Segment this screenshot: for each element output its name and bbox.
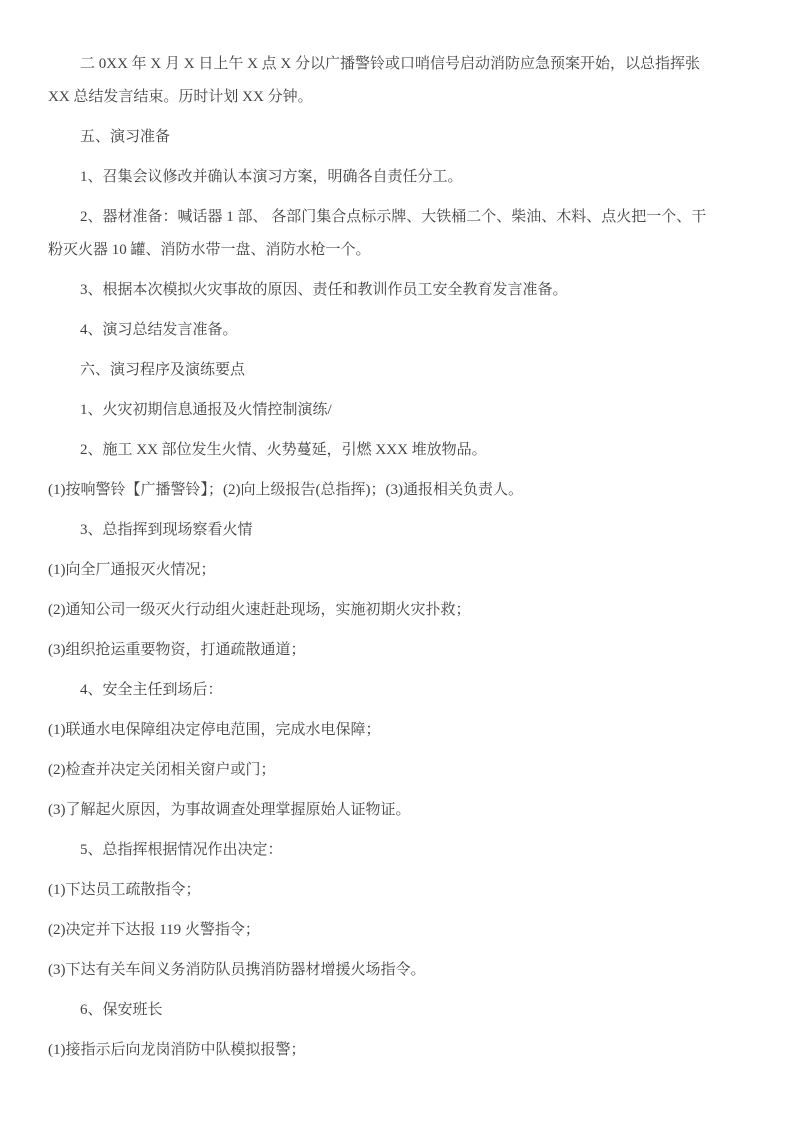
paragraph: (2)检查并决定关闭相关窗户或门； <box>48 754 747 787</box>
paragraph: (1)下达员工疏散指令； <box>48 874 747 907</box>
paragraph: 6、保安班长 <box>48 994 747 1027</box>
paragraph: 2、器材准备：喊话器 1 部、 各部门集合点标示牌、大铁桶二个、柴油、木料、点火… <box>48 201 747 267</box>
paragraph: (3)了解起火原因，为事故调查处理掌握原始人证物证。 <box>48 794 747 827</box>
paragraph: 六、演习程序及演练要点 <box>48 354 747 387</box>
paragraph: (2)通知公司一级灭火行动组火速赶赴现场，实施初期火灾扑救； <box>48 594 747 627</box>
paragraph: (1)接指示后向龙岗消防中队模拟报警； <box>48 1034 747 1067</box>
paragraph: (1)向全厂通报灭火情况； <box>48 554 747 587</box>
paragraph: 5、总指挥根据情况作出决定： <box>48 834 747 867</box>
paragraph: 2、施工 XX 部位发生火情、火势蔓延，引燃 XXX 堆放物品。 <box>48 434 747 467</box>
paragraph: (1)联通水电保障组决定停电范围，完成水电保障； <box>48 714 747 747</box>
paragraph: 1、召集会议修改并确认本演习方案，明确各自责任分工。 <box>48 161 747 194</box>
document-body: 二 0XX 年 X 月 X 日上午 X 点 X 分以广播警铃或口哨信号启动消防应… <box>0 0 793 1067</box>
paragraph: (1)按响警铃【广播警铃】；(2)向上级报告(总指挥)；(3)通报相关负责人。 <box>48 474 747 507</box>
paragraph: (3)下达有关车间义务消防队员携消防器材增援火场指令。 <box>48 954 747 987</box>
paragraph: 五、演习准备 <box>48 121 747 154</box>
paragraph: 1、火灾初期信息通报及火情控制演练/ <box>48 394 747 427</box>
paragraph: 二 0XX 年 X 月 X 日上午 X 点 X 分以广播警铃或口哨信号启动消防应… <box>48 48 747 114</box>
paragraph: (3)组织抢运重要物资，打通疏散通道； <box>48 634 747 667</box>
paragraph: 3、总指挥到现场察看火情 <box>48 514 747 547</box>
document-page: 二 0XX 年 X 月 X 日上午 X 点 X 分以广播警铃或口哨信号启动消防应… <box>0 0 793 1122</box>
paragraph: (2)决定并下达报 119 火警指令； <box>48 914 747 947</box>
paragraph: 4、安全主任到场后： <box>48 674 747 707</box>
paragraph: 4、演习总结发言准备。 <box>48 314 747 347</box>
paragraph: 3、根据本次模拟火灾事故的原因、责任和教训作员工安全教育发言准备。 <box>48 274 747 307</box>
